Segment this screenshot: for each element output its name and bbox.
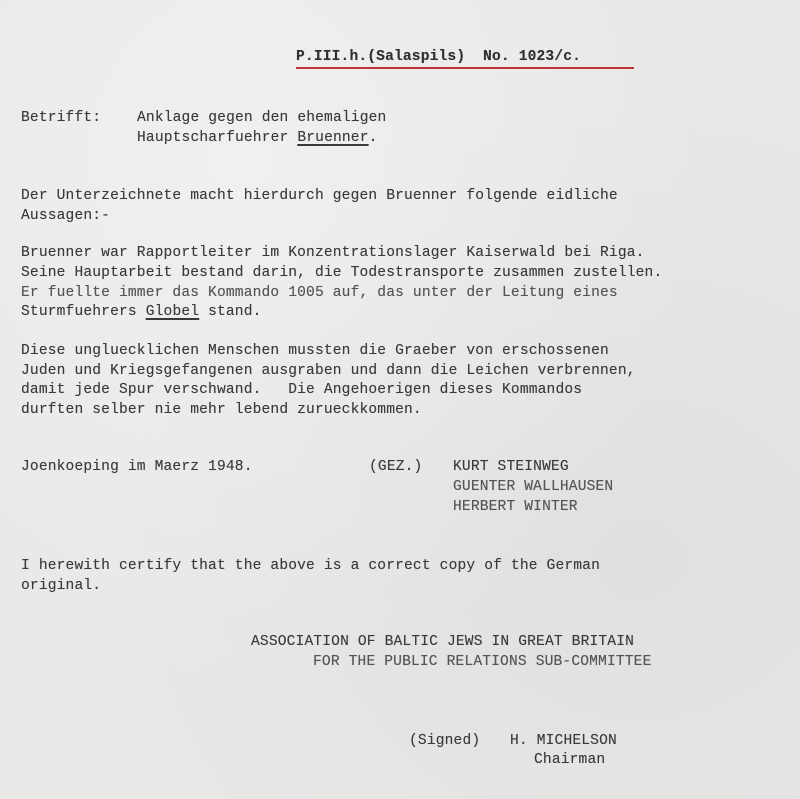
- paragraph-2-line-2: Juden und Kriegsgefangenen ausgraben und…: [21, 361, 636, 381]
- intro-line-2: Aussagen:-: [21, 206, 110, 226]
- reference-underline: [296, 67, 634, 69]
- certification-line-2: original.: [21, 576, 101, 596]
- paragraph-2-line-4: durften selber nie mehr lebend zurueckko…: [21, 400, 422, 420]
- paragraph-1-rank: Sturmfuehrers: [21, 304, 146, 320]
- final-signed-marker: (Signed): [409, 731, 480, 751]
- signatory-2: GUENTER WALLHAUSEN: [453, 477, 613, 497]
- signed-marker: (GEZ.): [369, 457, 422, 477]
- paragraph-1-line-3: Er fuellte immer das Kommando 1005 auf, …: [21, 283, 618, 303]
- subject-period: .: [369, 130, 378, 146]
- chairman-name: H. MICHELSON: [510, 731, 617, 751]
- paragraph-1-ending: stand.: [199, 304, 261, 320]
- subject-line-1: Anklage gegen den ehemaligen: [137, 108, 386, 128]
- intro-line-1: Der Unterzeichnete macht hierdurch gegen…: [21, 186, 618, 206]
- subject-rank: Hauptscharfuehrer: [137, 130, 297, 146]
- paragraph-2-line-1: Diese ungluecklichen Menschen mussten di…: [21, 341, 609, 361]
- certification-line-1: I herewith certify that the above is a c…: [21, 556, 600, 576]
- subject-label: Betrifft:: [21, 108, 101, 128]
- place-and-date: Joenkoeping im Maerz 1948.: [21, 457, 253, 477]
- organization-line-2: FOR THE PUBLIC RELATIONS SUB-COMMITTEE: [313, 652, 652, 672]
- paragraph-2-line-3: damit jede Spur verschwand. Die Angehoer…: [21, 380, 582, 400]
- commander-name: Globel: [146, 304, 199, 320]
- paragraph-1-line-4: Sturmfuehrers Globel stand.: [21, 302, 262, 322]
- paragraph-1-line-1: Bruenner war Rapportleiter im Konzentrat…: [21, 243, 645, 263]
- paragraph-1-line-2: Seine Hauptarbeit bestand darin, die Tod…: [21, 263, 662, 283]
- organization-line-1: ASSOCIATION OF BALTIC JEWS IN GREAT BRIT…: [251, 632, 634, 652]
- document-reference: P.III.h.(Salaspils) No. 1023/c.: [296, 47, 581, 67]
- subject-line-2: Hauptscharfuehrer Bruenner.: [137, 128, 378, 148]
- document-page: P.III.h.(Salaspils) No. 1023/c. Betrifft…: [0, 0, 800, 799]
- signatory-1: KURT STEINWEG: [453, 457, 569, 477]
- accused-name: Bruenner: [297, 130, 368, 146]
- chairman-title: Chairman: [534, 750, 605, 770]
- signatory-3: HERBERT WINTER: [453, 497, 578, 517]
